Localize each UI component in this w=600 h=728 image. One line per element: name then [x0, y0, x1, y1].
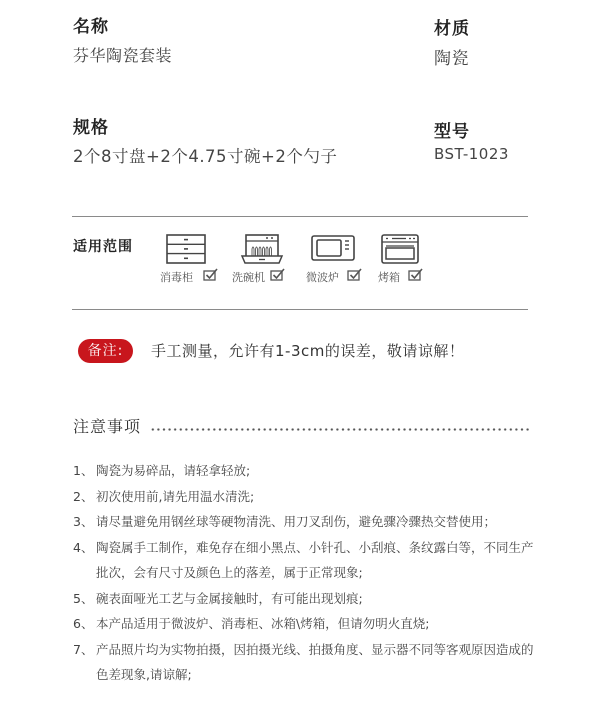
scope-item-label: 烤箱	[378, 269, 400, 285]
sterilizer-cabinet-icon	[165, 234, 207, 264]
caution-item-number: 5、	[73, 586, 93, 612]
caution-item-text: 陶瓷属手工制作，难免存在细小黑点、小针孔、小刮痕、条纹露白等，不同生产批次，会有…	[96, 540, 534, 581]
scope-item-sterilizer: 消毒柜	[157, 234, 229, 286]
dishwasher-icon	[240, 234, 284, 266]
caution-item-text: 产品照片均为实物拍摄，因拍摄光线、拍摄角度、显示器不同等客观原因造成的色差现象,…	[96, 642, 534, 683]
checkbox-checked-icon	[203, 268, 218, 281]
caution-item-number: 3、	[73, 509, 93, 535]
checkbox-checked-icon	[347, 268, 362, 281]
caution-title: 注意事项	[73, 414, 141, 437]
model-label: 型号	[434, 117, 470, 142]
caution-item: 6、 本产品适用于微波炉、消毒柜、冰箱\烤箱，但请勿明火直烧;	[73, 611, 543, 637]
caution-item-text: 碗表面哑光工艺与金属接触时，有可能出现划痕;	[96, 591, 363, 606]
caution-item: 7、 产品照片均为实物拍摄，因拍摄光线、拍摄角度、显示器不同等客观原因造成的色差…	[73, 637, 543, 688]
caution-item-text: 初次使用前,请先用温水清洗;	[96, 489, 254, 504]
note-text: 手工测量，允许有1-3cm的误差，敬请谅解！	[151, 339, 464, 363]
caution-item-number: 4、	[73, 535, 93, 561]
checkbox-checked-icon	[270, 268, 285, 281]
scope-item-microwave: 微波炉	[303, 234, 375, 286]
caution-list: 1、 陶瓷为易碎品，请轻拿轻放; 2、 初次使用前,请先用温水清洗; 3、 请尽…	[73, 458, 543, 688]
caution-item-number: 1、	[73, 458, 93, 484]
scope-item-dishwasher: 洗碗机	[232, 234, 304, 286]
oven-icon	[381, 234, 419, 264]
material-value: 陶瓷	[434, 44, 469, 69]
divider-top	[72, 216, 528, 217]
dotted-leader	[150, 428, 530, 431]
model-value: BST-1023	[434, 145, 509, 163]
caution-item-number: 7、	[73, 637, 93, 663]
name-label: 名称	[73, 12, 109, 37]
checkbox-checked-icon	[408, 268, 423, 281]
caution-item-text: 请尽量避免用钢丝球等硬物清洗、用刀叉刮伤，避免骤冷骤热交替使用；	[96, 514, 496, 529]
caution-item-number: 6、	[73, 611, 93, 637]
size-value: 2个8寸盘+2个4.75寸碗+2个勺子	[73, 143, 337, 167]
scope-item-label: 微波炉	[306, 269, 339, 285]
caution-item-number: 2、	[73, 484, 93, 510]
scope-item-label: 洗碗机	[232, 269, 265, 285]
caution-item: 5、 碗表面哑光工艺与金属接触时，有可能出现划痕;	[73, 586, 543, 612]
caution-item-text: 陶瓷为易碎品，请轻拿轻放;	[96, 463, 250, 478]
microwave-icon	[311, 234, 355, 262]
size-label: 规格	[73, 113, 109, 138]
scope-item-label: 消毒柜	[160, 269, 193, 285]
name-value: 芬华陶瓷套装	[73, 43, 172, 66]
scope-item-oven: 烤箱	[373, 234, 445, 286]
caution-item: 4、 陶瓷属手工制作，难免存在细小黑点、小针孔、小刮痕、条纹露白等，不同生产批次…	[73, 535, 543, 586]
caution-item: 3、 请尽量避免用钢丝球等硬物清洗、用刀叉刮伤，避免骤冷骤热交替使用；	[73, 509, 543, 535]
scope-label: 适用范围	[73, 236, 133, 256]
note-badge: 备注:	[78, 339, 133, 363]
material-label: 材质	[434, 14, 470, 39]
divider-bottom	[72, 309, 528, 310]
caution-item: 2、 初次使用前,请先用温水清洗;	[73, 484, 543, 510]
caution-item: 1、 陶瓷为易碎品，请轻拿轻放;	[73, 458, 543, 484]
caution-item-text: 本产品适用于微波炉、消毒柜、冰箱\烤箱，但请勿明火直烧;	[96, 616, 429, 631]
